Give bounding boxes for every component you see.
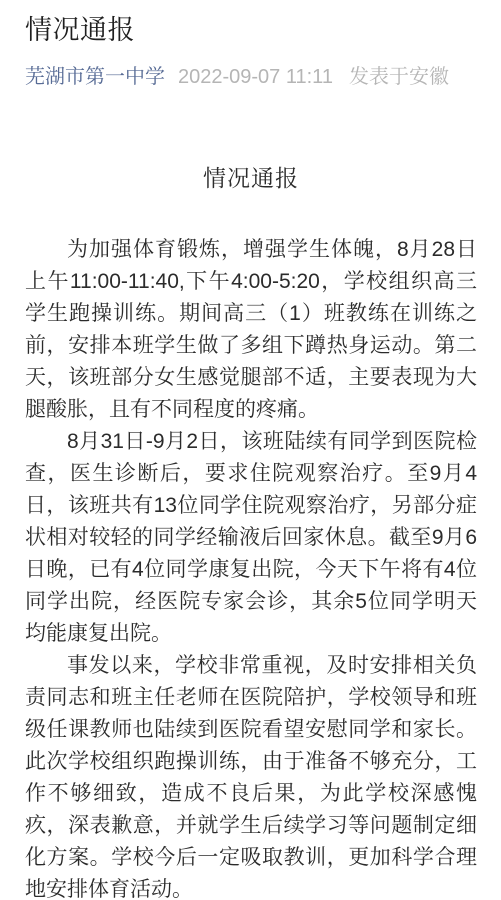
account-name-link[interactable]: 芜湖市第一中学 [25, 64, 165, 90]
article-content: 情况通报 芜湖市第一中学 2022-09-07 11:11 发表于安徽 情况通报… [0, 0, 501, 900]
notice-paragraph-2: 8月31日-9月2日，该班陆续有同学到医院检查，医生诊断后，要求住院观察治疗。至… [25, 426, 477, 650]
notice-title: 情况通报 [25, 162, 477, 194]
publish-location: 发表于安徽 [349, 64, 449, 90]
notice-paragraph-3: 事发以来，学校非常重视，及时安排相关负责同志和班主任老师在医院陪护，学校领导和班… [25, 650, 477, 900]
article-page: 情况通报 芜湖市第一中学 2022-09-07 11:11 发表于安徽 情况通报… [0, 0, 501, 900]
notice-body: 为加强体育锻炼，增强学生体魄，8月28日上午11:00-11:40,下午4:00… [25, 234, 477, 900]
article-title: 情况通报 [25, 12, 477, 48]
publish-time: 2022-09-07 11:11 [178, 64, 333, 90]
article-meta: 芜湖市第一中学 2022-09-07 11:11 发表于安徽 [25, 64, 477, 90]
notice-paragraph-1: 为加强体育锻炼，增强学生体魄，8月28日上午11:00-11:40,下午4:00… [25, 234, 477, 426]
